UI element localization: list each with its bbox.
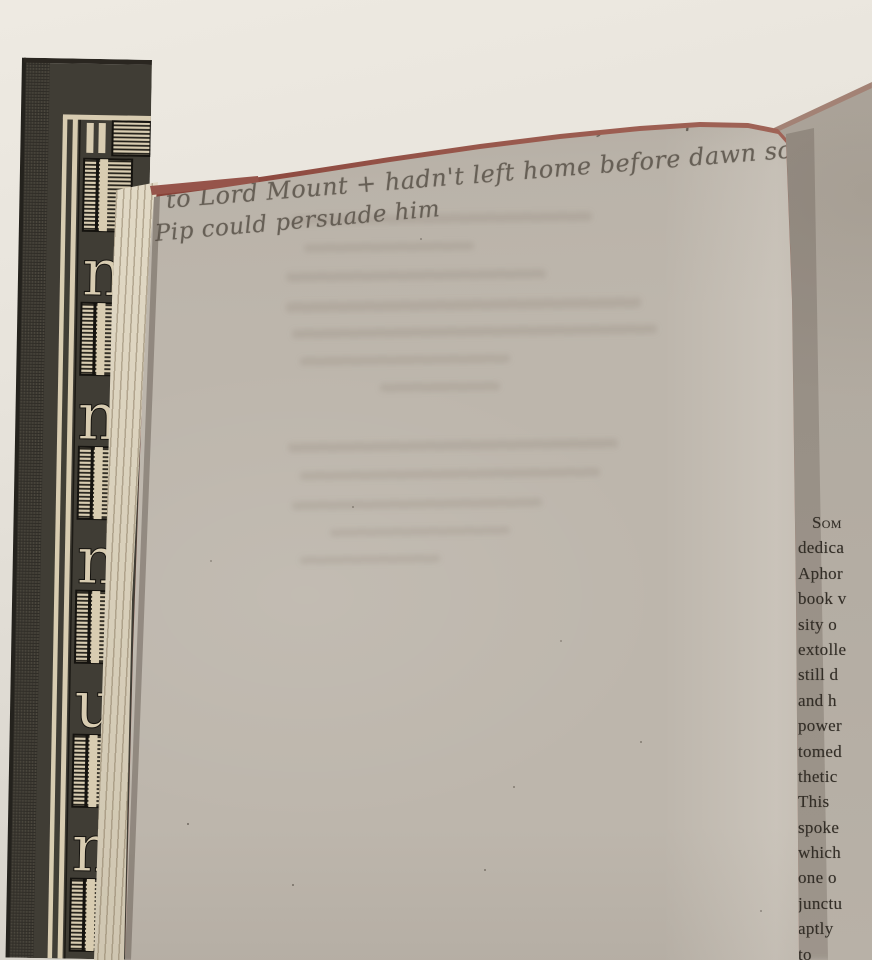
printed-line: extolle — [798, 637, 872, 662]
printed-line: still d — [798, 662, 872, 687]
printed-line: to — [798, 942, 872, 960]
printed-line: power — [798, 713, 872, 738]
printed-line: book v — [798, 586, 872, 611]
ghost-text-line — [300, 355, 510, 366]
ghost-text-line — [304, 242, 474, 252]
ghost-text-line — [292, 498, 542, 509]
ghost-text-line — [330, 527, 510, 537]
ghost-text-line — [292, 324, 657, 338]
book-photo: n m n u n Som dedica Aphor book v sity o… — [0, 0, 872, 960]
printed-line: dedica — [798, 535, 872, 560]
ghost-text-line — [286, 298, 641, 313]
printed-line: which — [798, 840, 872, 865]
ghost-text-line — [300, 468, 600, 480]
handwritten-note-line: climax + why – better – went back to hot… — [171, 57, 777, 115]
printed-line: Som — [798, 510, 872, 535]
ghost-text-line — [288, 439, 618, 453]
printed-line: one o — [798, 865, 872, 890]
printed-text-column: Som dedica Aphor book v sity o extolle s… — [798, 510, 872, 960]
printed-line: tomed — [798, 739, 872, 764]
ghost-text-line — [380, 382, 500, 392]
paper-specks — [187, 823, 189, 825]
printed-line: Aphor — [798, 561, 872, 586]
printed-line: junctu — [798, 891, 872, 916]
ghost-text-line — [300, 555, 440, 564]
printed-line: sity o — [798, 612, 872, 637]
printed-line: and h — [798, 688, 872, 713]
printed-line: aptly — [798, 916, 872, 941]
printed-line: This — [798, 789, 872, 814]
printed-line: thetic — [798, 764, 872, 789]
printed-line: spoke — [798, 815, 872, 840]
ghost-text-line — [286, 269, 546, 282]
